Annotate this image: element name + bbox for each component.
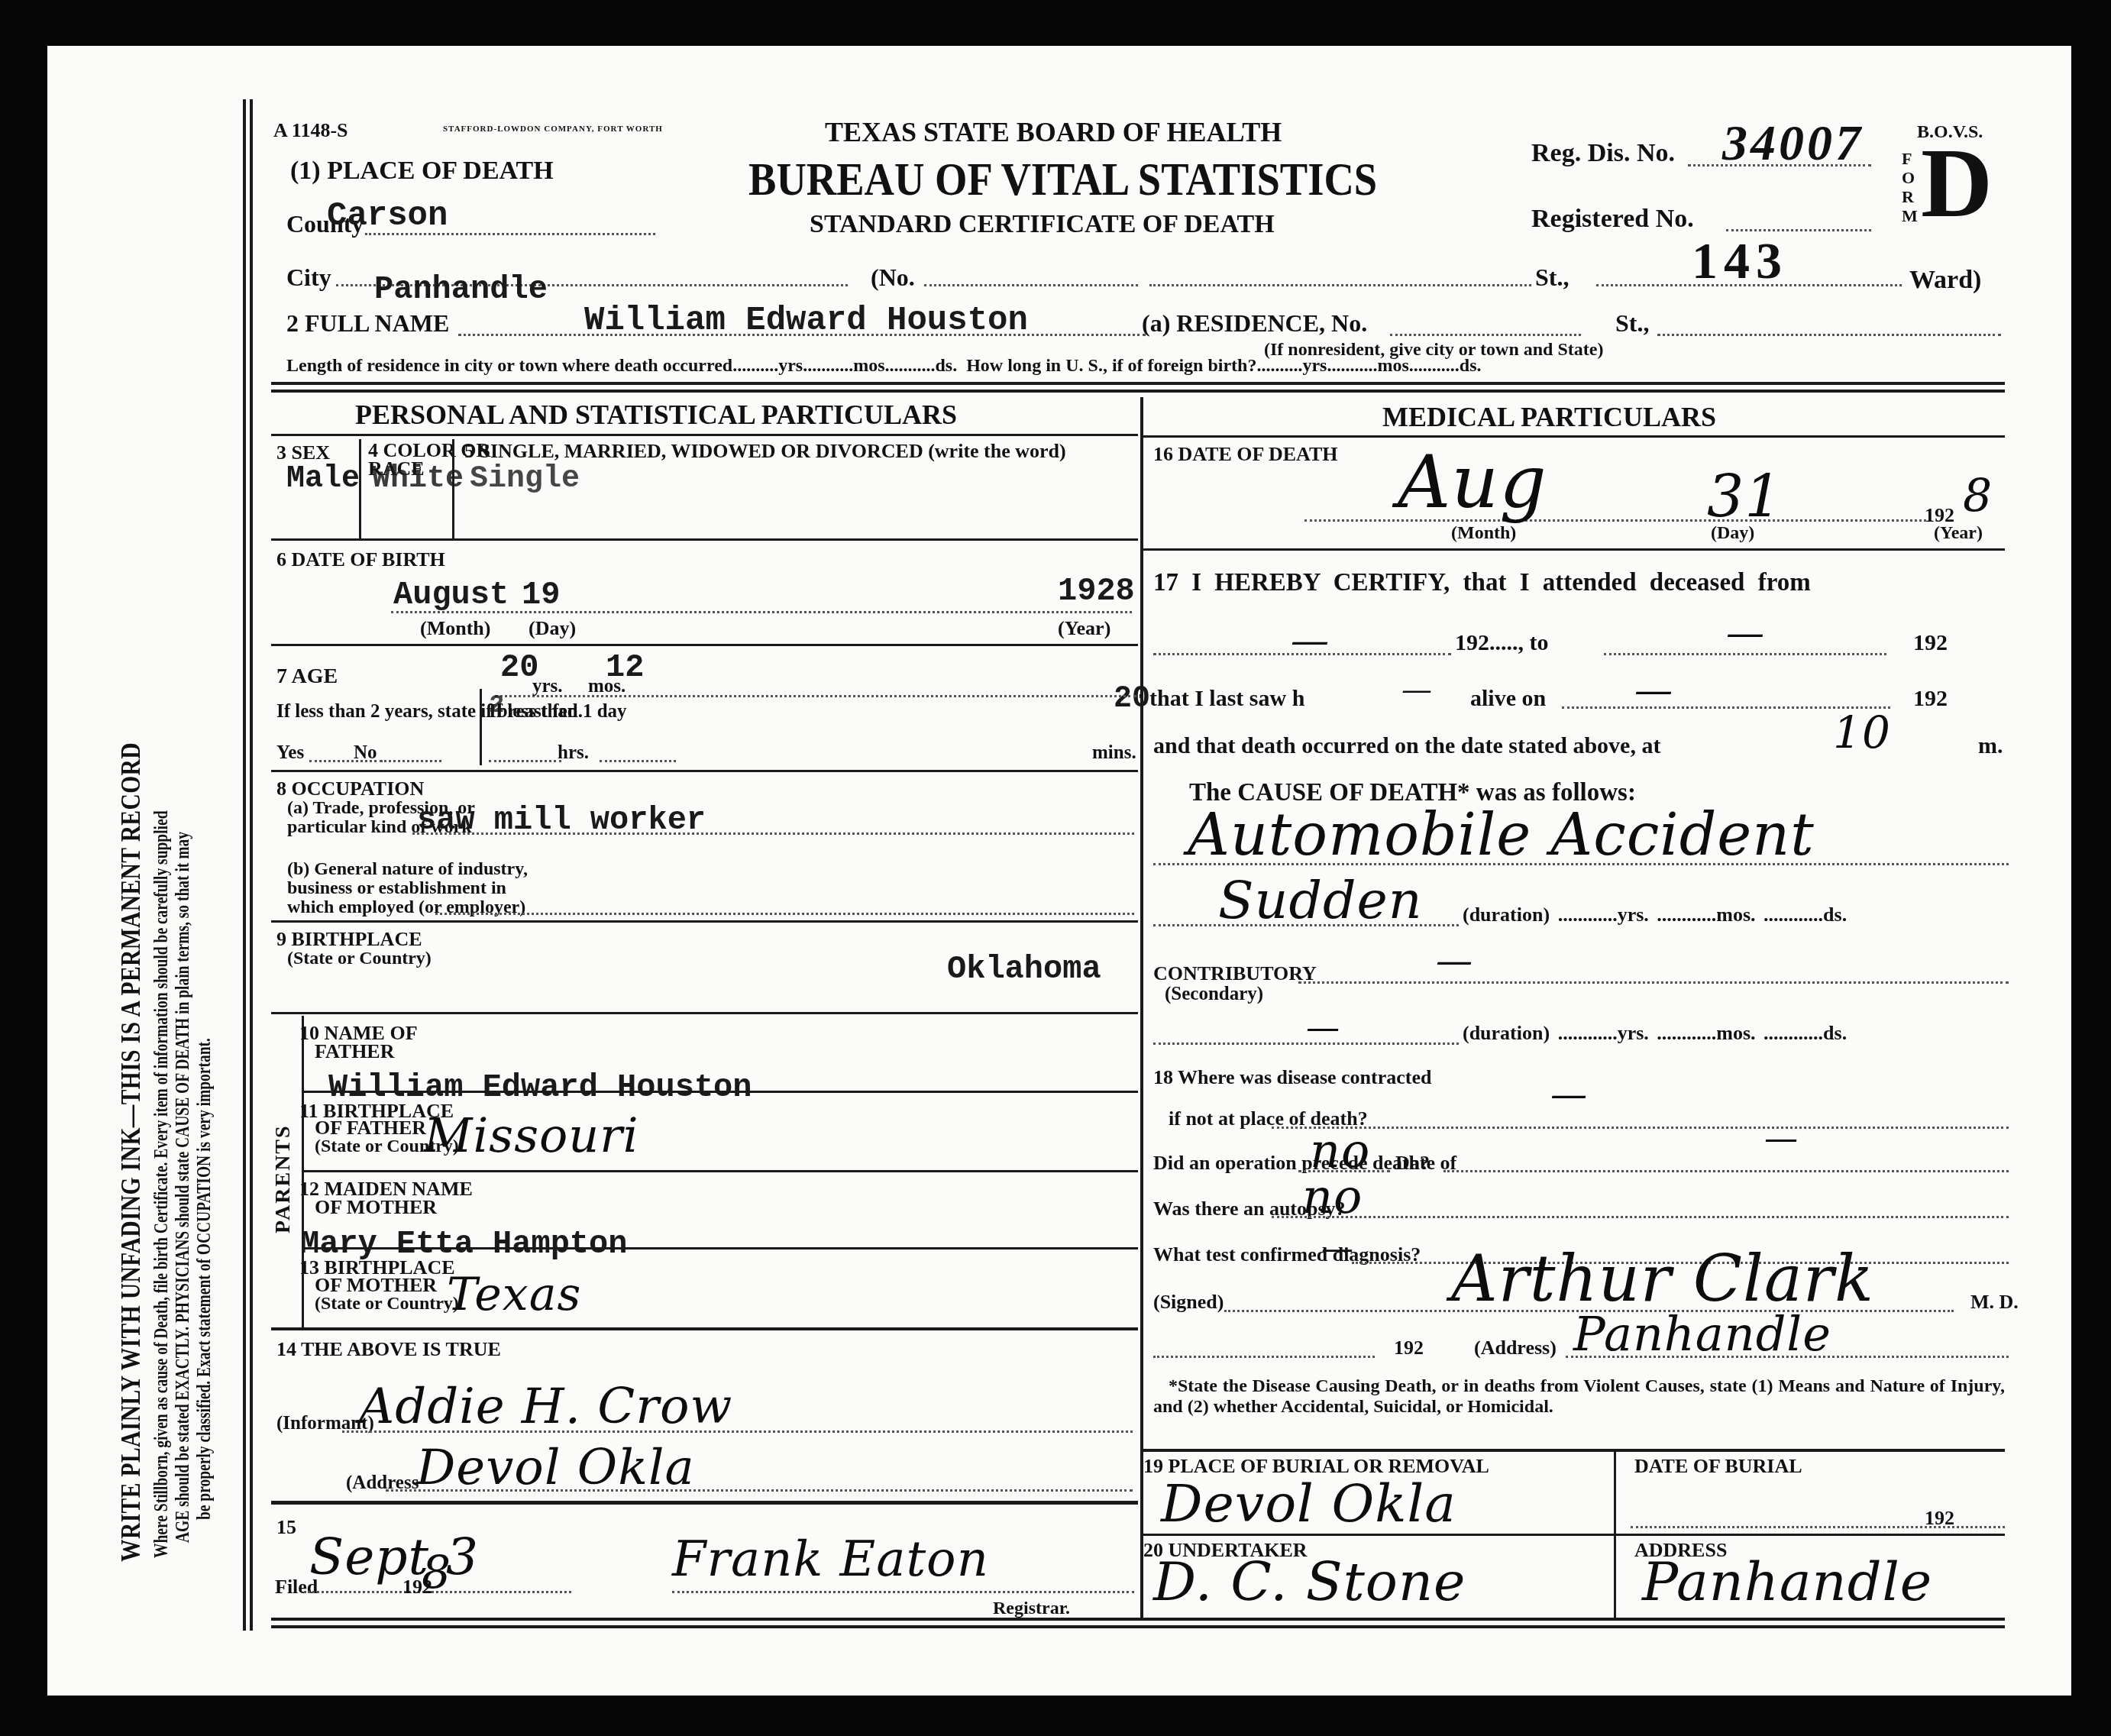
ds-label: ds. <box>1823 904 1847 926</box>
city-value[interactable]: Panhandle <box>374 271 548 308</box>
yrs-label: yrs. <box>778 356 807 376</box>
form-letter: D <box>1921 134 1993 233</box>
dob-day[interactable]: 19 <box>522 577 560 613</box>
color-divider <box>452 439 454 538</box>
ward-label: Ward) <box>1909 266 1981 295</box>
registered-no-label: Registered No. <box>1531 205 1694 234</box>
death-time-value[interactable]: 10 <box>1833 706 1891 758</box>
age-days[interactable]: 20 <box>1114 682 1150 716</box>
row9-rule <box>271 1012 1138 1014</box>
hrs-label: hrs. <box>558 742 589 764</box>
signed-label: (Signed) <box>1153 1291 1224 1314</box>
form-vertical-label: FORM <box>1902 149 1917 225</box>
bottom-rule-1 <box>271 1618 2005 1621</box>
cause-footnote: *State the Disease Causing Death, or in … <box>1153 1376 2005 1418</box>
certify-text: 17 I HEREBY CERTIFY, that I attended dec… <box>1153 569 1811 597</box>
physician-address-label: (Address) <box>1474 1337 1557 1359</box>
cause-duration-value[interactable]: Sudden <box>1218 871 1422 931</box>
attended-from-value[interactable]: — <box>1291 619 1330 663</box>
parents-side-label: PARENTS <box>271 1124 296 1233</box>
yes-label: Yes <box>276 742 304 764</box>
row3-rule <box>271 538 1138 541</box>
signed-date-line <box>1153 1356 1375 1358</box>
medical-heading-rule <box>1143 435 2005 438</box>
death-time-m: m. <box>1978 733 2003 759</box>
age-hours-note: 2 <box>489 691 504 720</box>
ds-label-2: ds. <box>1460 356 1482 376</box>
residence-no-line <box>1390 334 1581 336</box>
parents-divider <box>302 1016 304 1329</box>
residence-st-line <box>1657 334 2001 336</box>
dod-rule <box>1143 548 2005 551</box>
birthplace-value[interactable]: Oklahoma <box>947 951 1101 988</box>
dod-year-suffix[interactable]: 8 <box>1963 470 1993 523</box>
dots: .......... <box>732 356 778 376</box>
certificate-type: STANDARD CERTIFICATE OF DEATH <box>810 210 1275 239</box>
duration-label: (duration) <box>1463 904 1550 926</box>
foreign-birth-label: How long in U. S., if of foreign birth? <box>966 356 1256 376</box>
marital-value[interactable]: Single <box>470 462 580 496</box>
header-rule-1 <box>271 382 2005 385</box>
father-name-label-2: FATHER <box>315 1040 394 1063</box>
informant-address-value[interactable]: Devol Okla <box>416 1440 695 1496</box>
full-name-value[interactable]: William Edward Houston <box>584 302 1028 340</box>
filed-year-suffix[interactable]: 8 <box>422 1547 451 1600</box>
yrs-label: yrs. <box>1618 904 1649 926</box>
left-border-line-2 <box>250 99 253 1631</box>
marital-label: 5 SINGLE, MARRIED, WIDOWED OR DIVORCED (… <box>464 441 1136 461</box>
occ-b-label-1: (b) General nature of industry, <box>287 859 528 880</box>
dots: .......... <box>1414 356 1460 376</box>
dob-month[interactable]: August <box>393 577 509 613</box>
secondary-duration-row: (duration) ............yrs. ............… <box>1463 1022 1847 1045</box>
undertaker-value[interactable]: D. C. Stone <box>1153 1550 1466 1613</box>
dod-month-caption: (Month) <box>1451 523 1516 544</box>
mother-birthplace-value[interactable]: Texas <box>447 1268 581 1321</box>
ds-label: ds. <box>936 356 958 376</box>
physician-signature[interactable]: Arthur Clark <box>1451 1241 1874 1316</box>
alive-on-value[interactable]: — <box>1634 668 1673 713</box>
filing-number: 15 <box>276 1516 296 1539</box>
autopsy-value[interactable]: no <box>1302 1169 1363 1224</box>
test-diagnosis-value[interactable]: — <box>1321 1230 1354 1267</box>
no-line <box>380 760 441 762</box>
mos-label-2: mos. <box>1377 356 1413 376</box>
attended-to-year: 192 <box>1913 630 1948 656</box>
margin-instruction-3: be properly classified. Exact statement … <box>194 1038 215 1520</box>
age-divider <box>480 689 482 765</box>
header-rule-2 <box>271 390 2005 393</box>
personal-heading: PERSONAL AND STATISTICAL PARTICULARS <box>355 399 957 431</box>
alive-on-year: 192 <box>1913 686 1948 712</box>
row6-rule <box>271 644 1138 646</box>
mother-name-label-2: OF MOTHER <box>315 1196 437 1219</box>
form-code: A 1148-S <box>273 119 348 142</box>
above-is-true-label: 14 THE ABOVE IS TRUE <box>276 1338 501 1361</box>
county-value[interactable]: Carson <box>327 197 448 235</box>
street-line <box>1149 284 1531 286</box>
cause-duration-row: (duration) ............yrs. ............… <box>1463 904 1847 926</box>
dots: .......... <box>1331 356 1377 376</box>
no-label: No <box>354 742 377 764</box>
personal-heading-rule <box>271 434 1138 436</box>
occupation-value[interactable]: saw mill worker <box>417 802 706 839</box>
full-name-label: 2 FULL NAME <box>286 309 449 338</box>
signed-year: 192 <box>1394 1337 1424 1359</box>
informant-value[interactable]: Addie H. Crow <box>359 1379 732 1435</box>
length-residence-text: Length of residence in city or town wher… <box>286 356 732 376</box>
mins-line <box>600 760 676 762</box>
city-label: City <box>286 263 331 292</box>
yrs-label-2: yrs. <box>1302 356 1331 376</box>
place-of-death-heading: (1) PLACE OF DEATH <box>290 157 554 186</box>
sex-value[interactable]: Male <box>286 462 360 496</box>
registrar-value[interactable]: Frank Eaton <box>672 1531 989 1588</box>
registered-no-value[interactable]: 143 <box>1692 231 1788 291</box>
left-border-line <box>243 99 246 1631</box>
residence-label: (a) RESIDENCE, No. <box>1142 309 1367 338</box>
contributory-value[interactable]: — <box>1436 939 1473 982</box>
alive-on-label: alive on <box>1470 686 1546 712</box>
mother-rule <box>304 1247 1138 1249</box>
duration-label-2: (duration) <box>1463 1022 1550 1044</box>
secondary-value[interactable]: — <box>1306 1008 1340 1047</box>
last-saw-h-value[interactable]: — <box>1401 672 1433 707</box>
margin-instruction-1: Where Stillborn, given as cause of Death… <box>151 810 173 1558</box>
last-saw-label: that I last saw h <box>1149 686 1304 712</box>
length-residence-label: Length of residence in city or town wher… <box>286 356 1481 377</box>
bottom-rule-2 <box>271 1625 2005 1628</box>
registrar-label: Registrar. <box>993 1599 1070 1619</box>
margin-instruction-main: WRITE PLAINLY WITH UNFADING INK—THIS IS … <box>115 742 147 1562</box>
dod-month[interactable]: Aug <box>1398 439 1547 525</box>
occupation-label: 8 OCCUPATION <box>276 777 424 800</box>
margin-instruction-2: AGE should be stated EXACTLY. PHYSICIANS… <box>173 832 194 1543</box>
birthplace-sub: (State or Country) <box>287 949 432 969</box>
death-occurred-label: and that death occurred on the date stat… <box>1153 733 1660 759</box>
birthplace-label: 9 BIRTHPLACE <box>276 928 422 951</box>
burial-date-year: 192 <box>1925 1507 1954 1530</box>
color-value[interactable]: White <box>372 462 464 496</box>
mother-bp-label-3: (State or Country) <box>315 1294 459 1314</box>
attended-from-year: 192....., to <box>1455 630 1549 656</box>
ds-label-2: ds. <box>1823 1022 1847 1044</box>
contributory-label: CONTRIBUTORY <box>1153 962 1317 985</box>
dob-year-caption: (Year) <box>1058 617 1110 640</box>
contracted-line <box>1272 1127 2009 1129</box>
to-label: to <box>1530 630 1549 655</box>
undertaker-address-value[interactable]: Panhandle <box>1642 1550 1932 1613</box>
dob-day-caption: (Day) <box>529 617 576 640</box>
burial-divider <box>1614 1451 1616 1621</box>
filed-date-value[interactable]: Sept 3 <box>309 1527 479 1586</box>
dod-label: 16 DATE OF DEATH <box>1153 443 1337 466</box>
mos-label: mos. <box>1716 904 1755 926</box>
row8-rule <box>271 920 1138 923</box>
cause-of-death-value[interactable]: Automobile Accident <box>1188 800 1815 868</box>
printer-imprint: STAFFORD-LOWDON COMPANY, FORT WORTH <box>443 124 663 134</box>
street-no-line <box>924 284 1138 286</box>
secondary-label: (Secondary) <box>1165 984 1263 1005</box>
father-rule <box>304 1091 1138 1093</box>
age-label: 7 AGE <box>276 664 338 689</box>
dots: .......... <box>1256 356 1302 376</box>
street-label: St., <box>1535 263 1569 292</box>
physician-address-value[interactable]: Panhandle <box>1573 1306 1831 1362</box>
sex-label: 3 SEX <box>276 441 330 464</box>
mos-label: mos. <box>853 356 889 376</box>
father-birthplace-value[interactable]: Missouri <box>424 1107 639 1163</box>
informant-bottom-rule <box>271 1501 1138 1505</box>
contracted-value[interactable]: — <box>1550 1073 1588 1116</box>
operation-date-value[interactable]: — <box>1764 1119 1799 1158</box>
occ-b-line <box>435 913 1134 915</box>
hrs-line <box>489 760 561 762</box>
autopsy-line <box>1272 1216 2009 1218</box>
dob-label: 6 DATE OF BIRTH <box>276 548 445 571</box>
age-mos-unit: mos. <box>588 676 626 697</box>
registrar-line <box>672 1591 1134 1593</box>
less-than-day-label: If less than 1 day <box>489 701 627 723</box>
dod-day[interactable]: 31 <box>1707 462 1783 530</box>
occ-b-label-2: business or establishment in <box>287 878 506 899</box>
dob-year[interactable]: 1928 <box>1058 573 1135 609</box>
burial-place-value[interactable]: Devol Okla <box>1161 1474 1456 1534</box>
dod-day-caption: (Day) <box>1711 523 1754 544</box>
footnote-rule <box>1143 1449 2005 1452</box>
parents-bottom-rule <box>271 1327 1138 1330</box>
dots: .......... <box>807 356 853 376</box>
dod-year-caption: (Year) <box>1934 523 1983 544</box>
dots: .......... <box>890 356 936 376</box>
burial-date-label: DATE OF BURIAL <box>1634 1455 1802 1478</box>
md-label: M. D. <box>1970 1291 2019 1314</box>
center-divider <box>1140 397 1143 1619</box>
father-bp-rule <box>304 1170 1138 1172</box>
sex-divider <box>359 439 361 538</box>
dob-month-caption: (Month) <box>420 617 490 640</box>
residence-st-label: St., <box>1615 309 1649 338</box>
reg-dis-value[interactable]: 34007 <box>1722 115 1864 173</box>
operation-date-line <box>1443 1170 2009 1172</box>
attended-to-value[interactable]: — <box>1726 611 1765 655</box>
street-no-label: (No. <box>871 263 915 292</box>
burial-mid-rule <box>1143 1534 2005 1536</box>
agency-title: TEXAS STATE BOARD OF HEALTH <box>825 116 1282 148</box>
contributory-line <box>1298 981 2009 984</box>
mins-label: mins. <box>1092 742 1136 764</box>
reg-dis-label: Reg. Dis. No. <box>1531 139 1675 168</box>
contracted-label-1: 18 Where was disease contracted <box>1153 1066 1431 1089</box>
bureau-title: BUREAU OF VITAL STATISTICS <box>748 153 1377 207</box>
medical-heading: MEDICAL PARTICULARS <box>1382 401 1716 433</box>
row7-rule <box>271 770 1138 772</box>
yrs-label-2: yrs. <box>1618 1022 1649 1044</box>
age-yrs-unit: yrs. <box>532 676 563 697</box>
mos-label-2: mos. <box>1716 1022 1755 1044</box>
year-prefix: 192 <box>1455 630 1489 655</box>
